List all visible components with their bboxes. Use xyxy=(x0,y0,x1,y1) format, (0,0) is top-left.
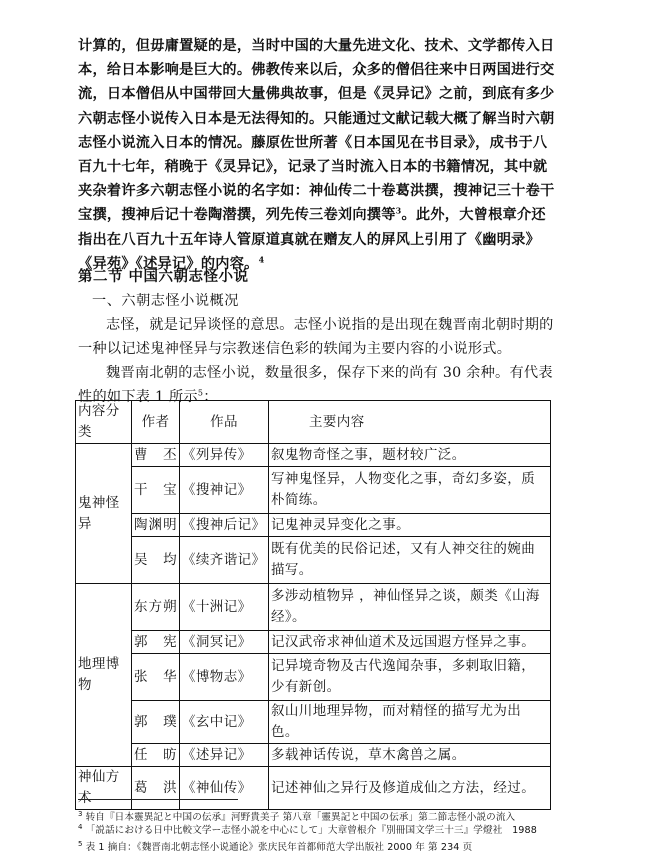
work-cell: 《玄中记》 xyxy=(180,701,269,744)
author-cell: 郭 宪 xyxy=(132,631,180,654)
content-cell: 既有优美的民俗记述，又有人神交往的婉曲描写。 xyxy=(269,537,551,584)
work-cell: 《搜神后记》 xyxy=(180,514,269,537)
content-cell: 记鬼神灵异变化之事。 xyxy=(269,514,551,537)
work-cell: 《列异传》 xyxy=(180,444,269,467)
table-row: 任 昉 《述异记》 多载神话传说，草木禽兽之属。 xyxy=(76,744,551,767)
header-category: 内容分类 xyxy=(76,401,132,444)
footnote-mark: 4 xyxy=(78,823,83,831)
table-row: 神仙方术 葛 洪 《神仙传》 记述神仙之异行及修道成仙之方法，经过。 xyxy=(76,767,551,810)
section-title: 第二节 中国六朝志怪小说 xyxy=(78,265,249,286)
content-cell: 多涉动植物异 ，神仙怪异之谈，颇类《山海经》。 xyxy=(269,584,551,631)
content-cell: 叙鬼物奇怪之事，题材较广泛。 xyxy=(269,444,551,467)
table-row: 郭 璞 《玄中记》 叙山川地理异物，而对精怪的描写尤为出色。 xyxy=(76,701,551,744)
footnote-4: 4「説話における日中比較文学ー志怪小説を中心にして」大章曾根介『別冊国文学三十三… xyxy=(78,821,537,837)
author-cell: 东方朔 xyxy=(132,584,180,631)
category-cell: 神仙方术 xyxy=(76,767,132,810)
content-cell: 多载神话传说，草木禽兽之属。 xyxy=(269,744,551,767)
category-cell: 地理博物 xyxy=(76,584,132,767)
author-cell: 吴 均 xyxy=(132,537,180,584)
footnote-mark: 3 xyxy=(78,810,83,818)
footnote-ref-4[interactable]: 4 xyxy=(259,254,265,264)
author-cell: 张 华 xyxy=(132,654,180,701)
header-work: 作品 xyxy=(180,401,269,444)
content-cell: 写神鬼怪异，人物变化之事，奇幻多姿，质朴简练。 xyxy=(269,467,551,514)
author-cell: 任 昉 xyxy=(132,744,180,767)
paragraph-2-text: 志怪，就是记异谈怪的意思。志怪小说指的是出现在魏晋南北朝时期的一种以记述鬼神怪异… xyxy=(78,313,558,361)
footnote-text: 「説話における日中比較文学ー志怪小説を中心にして」大章曾根介『別冊国文学三十三』… xyxy=(86,825,537,836)
table-row: 地理博物 东方朔 《十洲记》 多涉动植物异 ，神仙怪异之谈，颇类《山海经》。 xyxy=(76,584,551,631)
table-row: 吴 均 《续齐谐记》 既有优美的民俗记述，又有人神交往的婉曲描写。 xyxy=(76,537,551,584)
work-cell: 《十洲记》 xyxy=(180,584,269,631)
work-cell: 《搜神记》 xyxy=(180,467,269,514)
table-row: 陶渊明 《搜神后记》 记鬼神灵异变化之事。 xyxy=(76,514,551,537)
author-cell: 曹 丕 xyxy=(132,444,180,467)
header-content: 主要内容 xyxy=(269,401,551,444)
author-cell: 葛 洪 xyxy=(132,767,180,810)
footnote-mark: 5 xyxy=(78,840,83,848)
work-cell: 《续齐谐记》 xyxy=(180,537,269,584)
paragraph-1-text: 计算的，但毋庸置疑的是，当时中国的大量先进文化、技术、文学都传入日本，给日本影响… xyxy=(78,38,554,223)
work-cell: 《神仙传》 xyxy=(180,767,269,810)
category-cell: 鬼神怪异 xyxy=(76,444,132,584)
document-page: 计算的，但毋庸置疑的是，当时中国的大量先进文化、技术、文学都传入日本，给日本影响… xyxy=(0,0,648,864)
work-cell: 《洞冥记》 xyxy=(180,631,269,654)
body-paragraph-1: 计算的，但毋庸置疑的是，当时中国的大量先进文化、技术、文学都传入日本，给日本影响… xyxy=(78,34,558,276)
work-cell: 《述异记》 xyxy=(180,744,269,767)
content-cell: 叙山川地理异物，而对精怪的描写尤为出色。 xyxy=(269,701,551,744)
header-author: 作者 xyxy=(132,401,180,444)
footnote-5: 5表 1 摘自：《魏晋南北朝志怪小说通论》张庆民年首都师范大学出版社 2000 … xyxy=(78,838,472,854)
subsection-title: 一、六朝志怪小说概况 xyxy=(92,290,239,310)
table-row: 郭 宪 《洞冥记》 记汉武帝求神仙道术及远国遐方怪异之事。 xyxy=(76,631,551,654)
author-cell: 郭 璞 xyxy=(132,701,180,744)
work-cell: 《博物志》 xyxy=(180,654,269,701)
author-cell: 干 宝 xyxy=(132,467,180,514)
author-cell: 陶渊明 xyxy=(132,514,180,537)
footnote-text: 表 1 摘自：《魏晋南北朝志怪小说通论》张庆民年首都师范大学出版社 2000 年… xyxy=(86,842,473,853)
table-row: 张 华 《博物志》 记异境奇物及古代逸闻杂事，多剌取旧籍，少有新创。 xyxy=(76,654,551,701)
footnote-divider xyxy=(78,799,238,800)
body-paragraph-2: 志怪，就是记异谈怪的意思。志怪小说指的是出现在魏晋南北朝时期的一种以记述鬼神怪异… xyxy=(78,313,558,361)
content-cell: 记述神仙之异行及修道成仙之方法，经过。 xyxy=(269,767,551,810)
table-row: 干 宝 《搜神记》 写神鬼怪异，人物变化之事，奇幻多姿，质朴简练。 xyxy=(76,467,551,514)
content-cell: 记汉武帝求神仙道术及远国遐方怪异之事。 xyxy=(269,631,551,654)
zhiguai-table: 内容分类 作者 作品 主要内容 鬼神怪异 曹 丕 《列异传》 叙鬼物奇怪之事，题… xyxy=(75,400,551,810)
table-row: 鬼神怪异 曹 丕 《列异传》 叙鬼物奇怪之事，题材较广泛。 xyxy=(76,444,551,467)
table-header-row: 内容分类 作者 作品 主要内容 xyxy=(76,401,551,444)
content-cell: 记异境奇物及古代逸闻杂事，多剌取旧籍，少有新创。 xyxy=(269,654,551,701)
